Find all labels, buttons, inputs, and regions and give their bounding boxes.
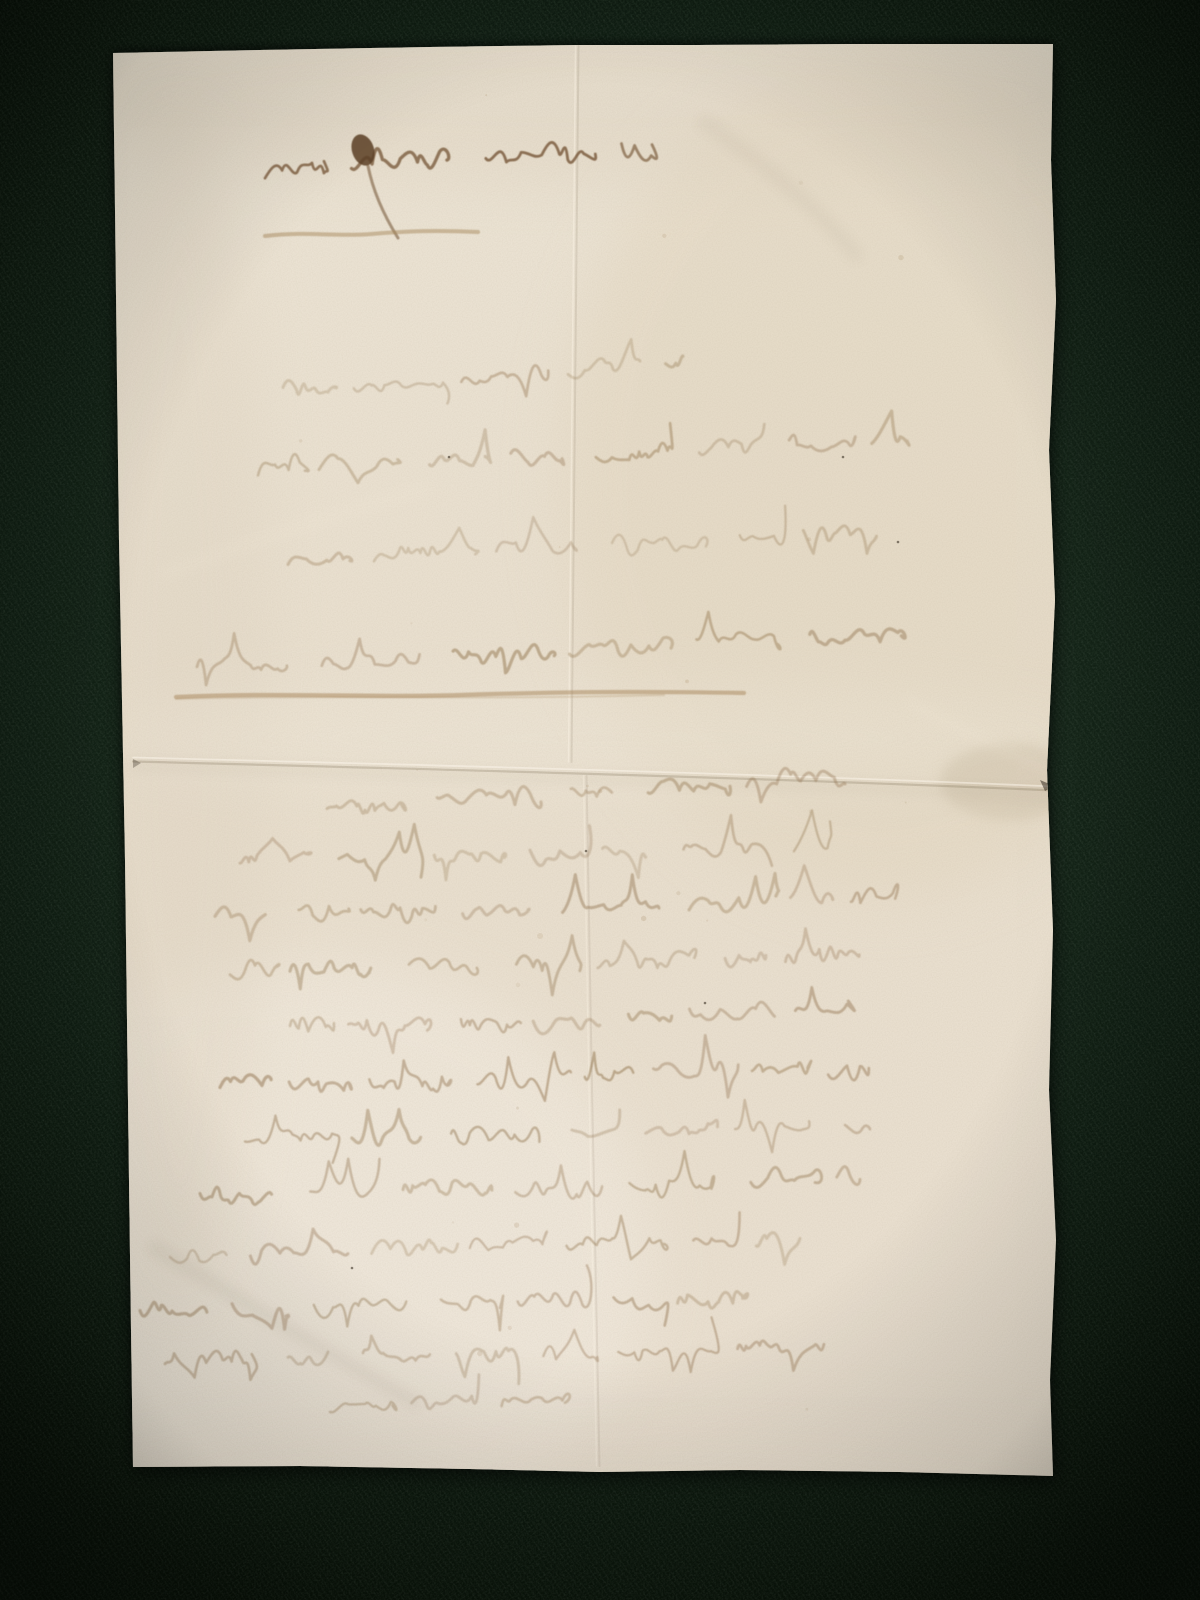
photo-vignette xyxy=(0,0,1200,1600)
letter-photograph xyxy=(0,0,1200,1600)
letter-photo-scene xyxy=(0,0,1200,1600)
